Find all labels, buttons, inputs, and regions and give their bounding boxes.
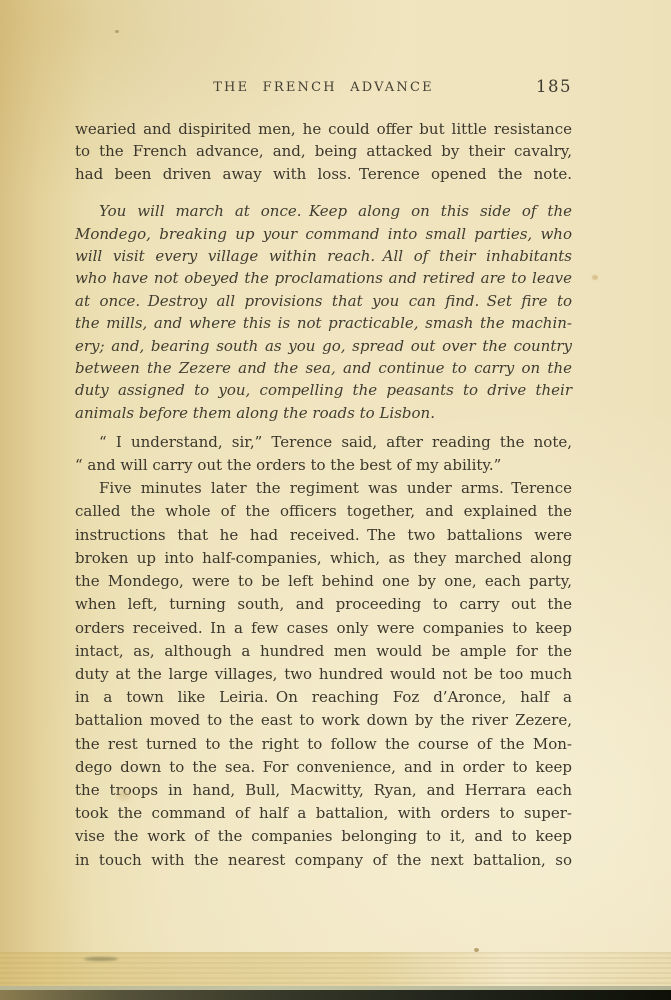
text-line: had been driven away with loss. Terence …	[75, 163, 572, 185]
page-number: 185	[536, 77, 572, 96]
text-line: duty assigned to you, compelling the pea…	[75, 379, 572, 401]
text-line: in a town like Leiria. On reaching Foz d…	[75, 686, 572, 709]
text-line: duty at the large villages, two hundred …	[75, 663, 572, 686]
text-line: the Mondego, were to be left behind one …	[75, 570, 572, 593]
paragraph-quote: You will march at once. Keep along on th…	[75, 200, 572, 424]
scan-speck	[115, 30, 119, 33]
paragraph-body: Five minutes later the regiment was unde…	[75, 477, 572, 871]
scan-speck	[474, 948, 479, 952]
text-line: animals before them along the roads to L…	[75, 402, 572, 424]
text-line: ery; and, bearing south as you go, sprea…	[75, 335, 572, 357]
text-line: instructions that he had received. The t…	[75, 524, 572, 547]
text-line: when left, turning south, and proceeding…	[75, 593, 572, 616]
text-line: the mills, and where this is not practic…	[75, 312, 572, 334]
scan-smudge	[118, 790, 130, 800]
text-line: to the French advance, and, being attack…	[75, 140, 572, 162]
book-page-scan: THE FRENCH ADVANCE 185 wearied and dispi…	[0, 0, 671, 1000]
text-line: who have not obeyed the proclamations an…	[75, 267, 572, 289]
paragraph-dialogue: “ I understand, sir,” Terence said, afte…	[75, 431, 572, 477]
running-title: THE FRENCH ADVANCE	[213, 80, 434, 95]
text-column: THE FRENCH ADVANCE 185 wearied and dispi…	[75, 80, 572, 872]
text-line: the troops in hand, Bull, Macwitty, Ryan…	[75, 779, 572, 802]
text-line: You will march at once. Keep along on th…	[75, 200, 572, 222]
text-line: at once. Destroy all provisions that you…	[75, 290, 572, 312]
text-line: took the command of half a battalion, wi…	[75, 802, 572, 825]
text-line: broken up into half-companies, which, as…	[75, 547, 572, 570]
book-cover-edge	[0, 990, 671, 1000]
paragraph-body-open: wearied and dispirited men, he could off…	[75, 118, 572, 185]
text-line: intact, as, although a hundred men would…	[75, 640, 572, 663]
page-header: THE FRENCH ADVANCE 185	[75, 80, 572, 95]
text-line: will visit every village within reach. A…	[75, 245, 572, 267]
text-block: wearied and dispirited men, he could off…	[75, 118, 572, 872]
text-line: between the Zezere and the sea, and cont…	[75, 357, 572, 379]
text-line: Five minutes later the regiment was unde…	[75, 477, 572, 500]
scan-smudge	[84, 957, 118, 961]
text-line: Mondego, breaking up your command into s…	[75, 223, 572, 245]
text-line: wearied and dispirited men, he could off…	[75, 118, 572, 140]
text-line: called the whole of the officers togethe…	[75, 500, 572, 523]
text-line: vise the work of the companies belonging…	[75, 825, 572, 848]
text-line: the rest turned to the right to follow t…	[75, 733, 572, 756]
text-line: battalion moved to the east to work down…	[75, 709, 572, 732]
text-line: “ I understand, sir,” Terence said, afte…	[75, 431, 572, 454]
text-line: in touch with the nearest company of the…	[75, 849, 572, 872]
scan-speck	[592, 275, 598, 280]
text-line: orders received. In a few cases only wer…	[75, 617, 572, 640]
text-line: “ and will carry out the orders to the b…	[75, 454, 572, 477]
text-line: dego down to the sea. For convenience, a…	[75, 756, 572, 779]
